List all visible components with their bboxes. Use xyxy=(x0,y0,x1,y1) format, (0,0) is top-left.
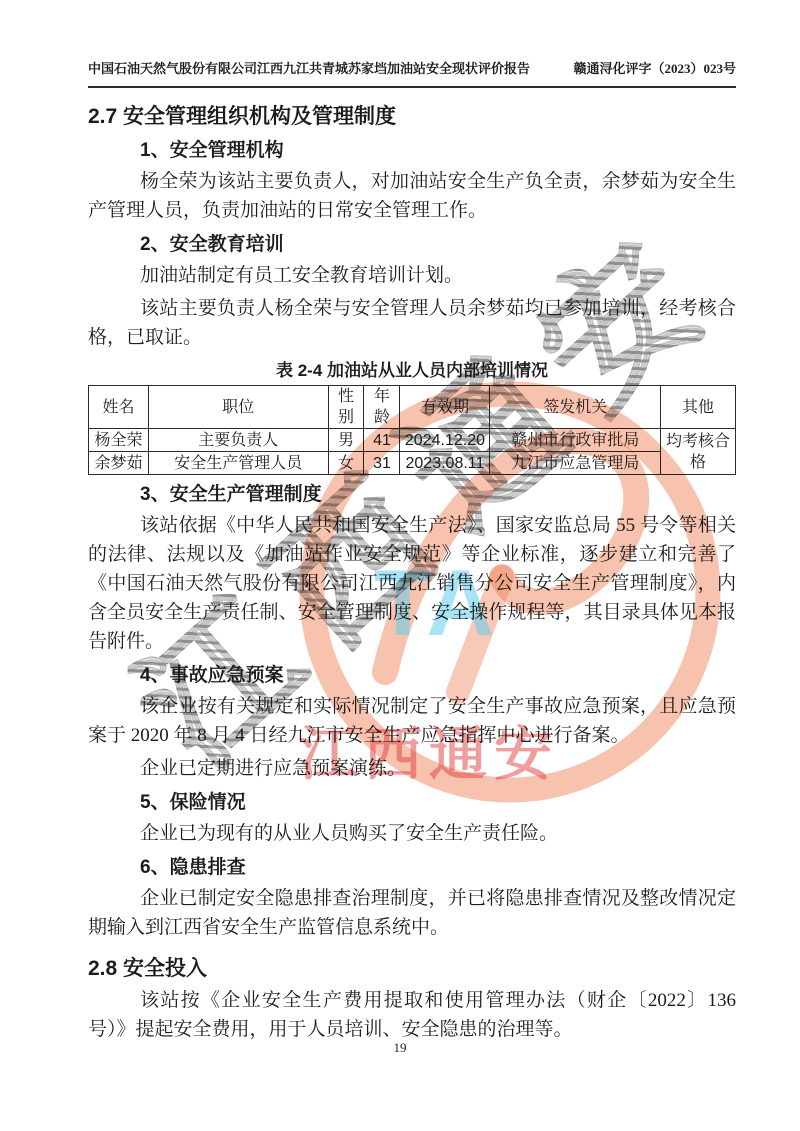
cell-age: 31 xyxy=(364,452,400,475)
cell-position: 安全生产管理人员 xyxy=(148,452,328,475)
paragraph-emergency-plan: 该企业按有关规定和实际情况制定了安全生产事故应急预案，且应急预案于 2020 年… xyxy=(88,692,736,750)
paragraph-safety-management-org: 杨全荣为该站主要负责人，对加油站安全生产负全责，余梦茹为安全生产管理人员，负责加… xyxy=(88,167,736,225)
page-number: 19 xyxy=(0,1040,800,1056)
section-2-8-title: 2.8 安全投入 xyxy=(88,956,736,982)
heading-safety-management-org: 1、安全管理机构 xyxy=(88,139,736,163)
header-report-title: 中国石油天然气股份有限公司江西九江共青城苏家垱加油站安全现状评价报告 xyxy=(88,58,530,77)
paragraph-emergency-drill: 企业已定期进行应急预案演练。 xyxy=(88,754,736,783)
cell-validity: 2024.12.20 xyxy=(400,429,490,452)
internal-training-table: 姓名 职位 性别 年龄 有效期 签发机关 其他 杨全荣 主要负责人 男 41 2… xyxy=(88,385,736,475)
cell-other-merged: 均考核合格 xyxy=(661,429,736,475)
col-header-validity: 有效期 xyxy=(400,386,490,429)
paragraph-training-passed: 该站主要负责人杨全荣与安全管理人员余梦茹均已参加培训，经考核合格，已取证。 xyxy=(88,294,736,352)
report-page: 江西通安 中国石油天然气股份有限公司江西九江共青城苏家垱加油站安全现状评价报告 … xyxy=(0,0,800,1131)
paragraph-hazard-inspection: 企业已制定安全隐患排查治理制度，并已将隐患排查情况及整改情况定期输入到江西省安全… xyxy=(88,884,736,942)
paragraph-insurance: 企业已为现有的从业人员购买了安全生产责任险。 xyxy=(88,819,736,848)
heading-insurance: 5、保险情况 xyxy=(88,791,736,815)
col-header-issuer: 签发机关 xyxy=(490,386,661,429)
col-header-other: 其他 xyxy=(661,386,736,429)
col-header-name: 姓名 xyxy=(89,386,149,429)
col-header-age: 年龄 xyxy=(364,386,400,429)
col-header-position: 职位 xyxy=(148,386,328,429)
paragraph-safety-investment: 该站按《企业安全生产费用提取和使用管理办法（财企〔2022〕136 号）》提起安… xyxy=(88,986,736,1044)
cell-position: 主要负责人 xyxy=(148,429,328,452)
cell-name: 余梦茹 xyxy=(89,452,149,475)
table-header-row: 姓名 职位 性别 年龄 有效期 签发机关 其他 xyxy=(89,386,736,429)
cell-validity: 2023.08.11 xyxy=(400,452,490,475)
heading-hazard-inspection: 6、隐患排查 xyxy=(88,856,736,880)
cell-gender: 男 xyxy=(328,429,364,452)
cell-age: 41 xyxy=(364,429,400,452)
col-header-gender: 性别 xyxy=(328,386,364,429)
table-2-4-caption: 表 2-4 加油站从业人员内部培训情况 xyxy=(88,360,736,382)
paragraph-safety-production-rules: 该站依据《中华人民共和国安全生产法》、国家安监总局 55 号令等相关的法律、法规… xyxy=(88,511,736,656)
cell-gender: 女 xyxy=(328,452,364,475)
cell-name: 杨全荣 xyxy=(89,429,149,452)
table-row: 余梦茹 安全生产管理人员 女 31 2023.08.11 九江市应急管理局 xyxy=(89,452,736,475)
section-2-7-title: 2.7 安全管理组织机构及管理制度 xyxy=(88,104,736,130)
cell-issuer: 九江市应急管理局 xyxy=(490,452,661,475)
table-row: 杨全荣 主要负责人 男 41 2024.12.20 赣州市行政审批局 均考核合格 xyxy=(89,429,736,452)
cell-issuer: 赣州市行政审批局 xyxy=(490,429,661,452)
paragraph-training-plan: 加油站制定有员工安全教育培训计划。 xyxy=(88,261,736,290)
page-header: 中国石油天然气股份有限公司江西九江共青城苏家垱加油站安全现状评价报告 赣通浔化评… xyxy=(88,58,736,88)
header-document-number: 赣通浔化评字（2023）023号 xyxy=(573,58,736,77)
heading-safety-production-rules: 3、安全生产管理制度 xyxy=(88,483,736,507)
page-content: 中国石油天然气股份有限公司江西九江共青城苏家垱加油站安全现状评价报告 赣通浔化评… xyxy=(88,0,736,1044)
heading-emergency-plan: 4、事故应急预案 xyxy=(88,664,736,688)
heading-safety-education: 2、安全教育培训 xyxy=(88,233,736,257)
